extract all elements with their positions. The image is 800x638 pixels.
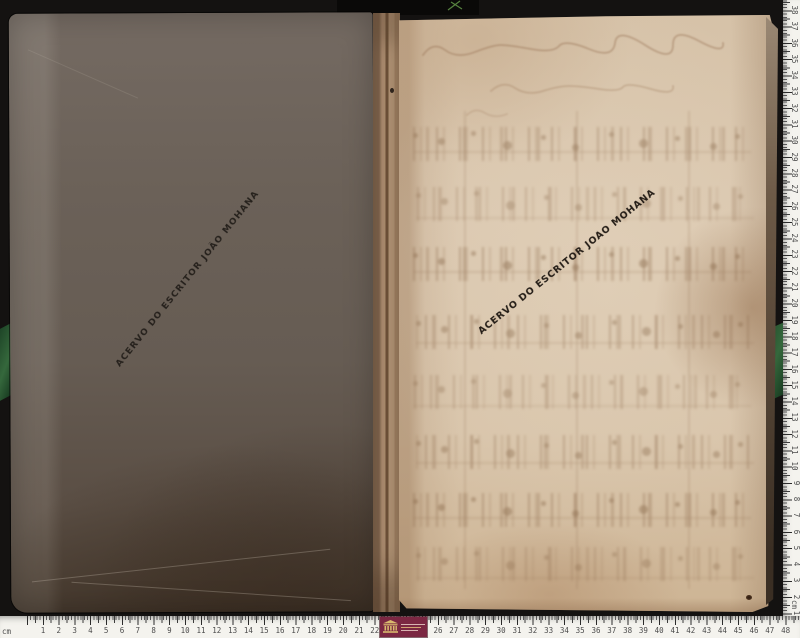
cover-scratch <box>71 582 350 601</box>
ruler-tick-number: 20 <box>339 626 348 635</box>
music-staff-row <box>413 375 751 409</box>
ruler-tick-number: 45 <box>734 626 743 635</box>
spine-speck <box>390 88 394 93</box>
ruler-tick-number: 33 <box>544 626 553 635</box>
ruler-tick-number: 2 <box>792 594 800 599</box>
ruler-tick-number: 9 <box>167 626 172 635</box>
ruler-tick-number: 4 <box>88 626 93 635</box>
ruler-tick-number: 28 <box>465 626 474 635</box>
ruler-tick-number: 21 <box>354 626 363 635</box>
ruler-tick-number: 16 <box>790 364 799 373</box>
ruler-tick-number: 36 <box>790 38 799 47</box>
ruler-tick-number: 12 <box>790 429 799 438</box>
page-block-edge <box>766 17 778 611</box>
archive-stamp-cover: ACERVO DO ESCRITOR JOÃO MOHANA <box>114 189 261 369</box>
ruler-tick-number: 13 <box>790 413 799 422</box>
ruler-tick-number: 1 <box>41 626 46 635</box>
ruler-tick-number: 41 <box>670 626 679 635</box>
ruler-tick-number: 8 <box>151 626 156 635</box>
ruler-tick-number: 25 <box>790 217 799 226</box>
ruler-tick-number: 36 <box>591 626 600 635</box>
ruler-tick-number: 47 <box>765 626 774 635</box>
ruler-tick-number: 32 <box>790 103 799 112</box>
ruler-tick-number: 17 <box>291 626 300 635</box>
ruler-tick-number: 13 <box>228 626 237 635</box>
ruler-tick-number: 27 <box>449 626 458 635</box>
faded-handwriting <box>407 27 767 123</box>
library-logo-badge <box>380 617 427 637</box>
green-scribble-mark <box>446 0 466 12</box>
ruler-tick-number: 27 <box>790 185 799 194</box>
ruler-tick-number: 40 <box>655 626 664 635</box>
music-staff-row <box>413 493 751 527</box>
ruler-tick-number: 24 <box>790 234 799 243</box>
ruler-unit-label: cm <box>2 627 11 636</box>
music-staff-row <box>416 435 754 469</box>
ruler-tick-number: 14 <box>790 397 799 406</box>
cover-crease <box>28 49 138 98</box>
book-spine-hinge <box>373 13 400 612</box>
ruler-tick-number: 33 <box>790 87 799 96</box>
ruler-tick-number: 4 <box>792 562 800 567</box>
music-showthrough <box>409 111 761 589</box>
ruler-tick-number: 34 <box>560 626 569 635</box>
vertical-cm-ruler: cm 1234567891011121314151617181920212223… <box>783 0 800 616</box>
ruler-tick-number: 15 <box>260 626 269 635</box>
ruler-tick-number: 14 <box>244 626 253 635</box>
ruler-tick-number: 31 <box>790 119 799 128</box>
badge-caption-lines <box>401 624 425 631</box>
ruler-tick-number: 12 <box>212 626 221 635</box>
ruler-tick-number: 8 <box>792 497 800 502</box>
music-staff-row <box>413 127 751 161</box>
ruler-tick-number: 38 <box>790 5 799 14</box>
ruler-tick-number: 26 <box>790 201 799 210</box>
ruler-tick-number: 5 <box>104 626 109 635</box>
ruler-tick-number: 23 <box>790 250 799 259</box>
ruler-tick-number: 44 <box>718 626 727 635</box>
music-staff-row <box>416 547 754 581</box>
library-building-icon <box>382 620 399 634</box>
ruler-tick-number: 6 <box>120 626 125 635</box>
ruler-tick-number: 30 <box>497 626 506 635</box>
ruler-tick-number: 48 <box>781 626 790 635</box>
music-staff-row <box>416 315 754 349</box>
ruler-tick-number: 6 <box>792 529 800 534</box>
ruler-tick-number: 46 <box>749 626 758 635</box>
ruler-tick-number: 15 <box>790 380 799 389</box>
cover-scratch <box>32 549 330 583</box>
ruler-tick-number: 7 <box>136 626 141 635</box>
ruler-tick-number: 30 <box>790 136 799 145</box>
ruler-tick-number: 16 <box>275 626 284 635</box>
manuscript-page: ACERVO DO ESCRITOR JOÃO MOHANA <box>399 15 775 612</box>
ruler-tick-number: 37 <box>607 626 616 635</box>
ruler-tick-number: 29 <box>790 152 799 161</box>
ruler-tick-number: 22 <box>790 266 799 275</box>
ruler-tick-number: 2 <box>57 626 62 635</box>
ruler-tick-number: 39 <box>639 626 648 635</box>
music-staff-row <box>416 187 754 221</box>
archival-scan-stage: ACERVO DO ESCRITOR JOÃO MOHANA ACERVO DO… <box>0 0 800 638</box>
ruler-tick-number: 17 <box>790 348 799 357</box>
ruler-tick-number: 9 <box>792 480 800 485</box>
ruler-tick-number: 32 <box>528 626 537 635</box>
ruler-tick-number: 18 <box>307 626 316 635</box>
ruler-tick-number: 10 <box>790 462 799 471</box>
ruler-tick-number: 31 <box>512 626 521 635</box>
ruler-tick-number: 18 <box>790 331 799 340</box>
ruler-tick-number: 7 <box>792 513 800 518</box>
ruler-tick-number: 19 <box>790 315 799 324</box>
ruler-tick-number: 38 <box>623 626 632 635</box>
ruler-tick-number: 1 <box>792 611 800 616</box>
page-bottom-shadow <box>399 598 775 612</box>
ruler-tick-number: 5 <box>792 546 800 551</box>
ruler-tick-number: 29 <box>481 626 490 635</box>
ruler-tick-number: 19 <box>323 626 332 635</box>
ruler-tick-number: 21 <box>790 282 799 291</box>
ruler-tick-number: 35 <box>576 626 585 635</box>
book-back-cover: ACERVO DO ESCRITOR JOÃO MOHANA <box>9 12 376 613</box>
ruler-tick-number: 28 <box>790 168 799 177</box>
ruler-tick-number: 43 <box>702 626 711 635</box>
ruler-tick-number: 3 <box>792 578 800 583</box>
ruler-tick-number: 20 <box>790 299 799 308</box>
ruler-tick-number: 34 <box>790 71 799 80</box>
ruler-tick-number: 3 <box>72 626 77 635</box>
ruler-tick-number: 35 <box>790 54 799 63</box>
ruler-tick-number: 11 <box>196 626 205 635</box>
ruler-tick-number: 11 <box>790 445 799 454</box>
ruler-tick-number: 10 <box>181 626 190 635</box>
ruler-tick-number: 26 <box>433 626 442 635</box>
ruler-tick-number: 42 <box>686 626 695 635</box>
ruler-unit-label: cm <box>790 600 799 609</box>
ruler-tick-number: 37 <box>790 22 799 31</box>
ruler-tick-number: 22 <box>370 626 379 635</box>
